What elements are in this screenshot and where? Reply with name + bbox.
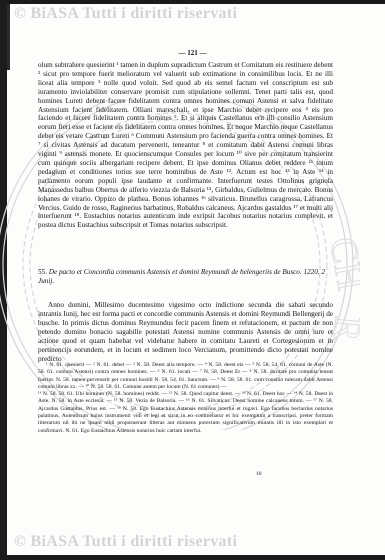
footnote-block-1: ¹ N. 61. quesierit — ² N. 61. debet — ³ …: [38, 362, 333, 391]
scan-border-left-shadow: [7, 4, 10, 70]
footnotes: ¹ N. 61. quesierit — ² N. 61. debet — ³ …: [38, 362, 333, 435]
page-number: — 121 —: [0, 49, 385, 57]
footnote-block-2: ¹¹ N. 58. 58. 61. Ubi homines (N. 58. ho…: [38, 391, 333, 435]
scan-border-top: [0, 0, 385, 4]
section-number: 55.: [38, 268, 47, 276]
charter-paragraph: olum subtrahere quesierint ¹ tamen in du…: [38, 61, 333, 230]
charter-text-block: olum subtrahere quesierint ¹ tamen in du…: [38, 61, 333, 230]
copyright-watermark-bottom: © BiASA Tutti i diritti riservati: [14, 533, 237, 551]
section-title: De pacto et Concordia communis Astensis …: [38, 268, 325, 285]
copyright-watermark-top: © BiASA Tutti i diritti riservati: [14, 5, 237, 23]
scan-border-left: [0, 0, 7, 560]
charter-text-block-2: Anno domini, Millesimo ducentesimo viges…: [38, 294, 333, 371]
signature-mark: 16: [256, 471, 262, 477]
scan-border-bottom: [0, 555, 385, 560]
section-heading: 55. De pacto et Concordia communis Asten…: [38, 268, 333, 286]
charter-paragraph-2: Anno domini, Millesimo ducentesimo viges…: [38, 301, 333, 363]
